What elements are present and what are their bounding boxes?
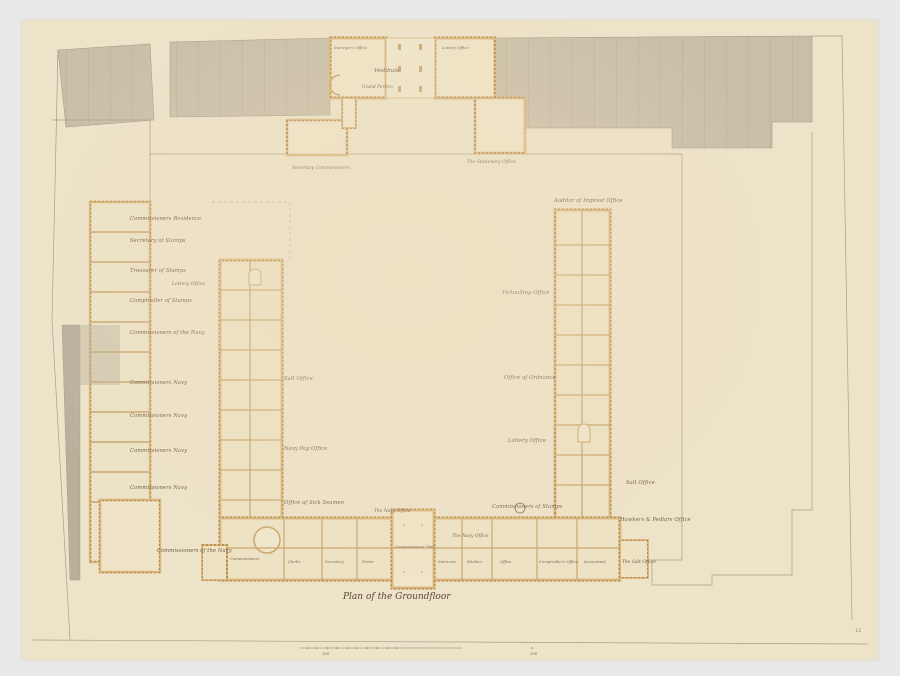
- south-room: Staircase: [438, 560, 456, 564]
- west-label: Commissioners Navy: [130, 485, 187, 491]
- label-secretary: Secretary Commissioners: [292, 166, 350, 171]
- west-label: Commissioners Navy: [130, 413, 187, 419]
- west-label: Commissioners Navy: [130, 380, 187, 386]
- room-label: Lottery Office: [442, 46, 469, 50]
- scale-tick: 100: [322, 652, 329, 656]
- scale-tick: 200: [530, 652, 537, 656]
- court-right-label: Salt Office: [626, 480, 655, 486]
- label-portico: Grand Portico: [362, 84, 393, 89]
- west-range: [70, 202, 160, 572]
- left-wing: [212, 202, 290, 518]
- south-room: Porter: [362, 560, 374, 564]
- west-label: Comptroller of Stamps: [130, 298, 192, 304]
- label-vestibule: Vestibule: [374, 68, 399, 74]
- court-right-label: Hawkers & Pedlars Office: [620, 517, 691, 523]
- court-left-label: Navy Pay Office: [284, 446, 327, 452]
- center-hall-label: Commissioners' Hall: [395, 545, 435, 549]
- court-left-label: Salt Office: [284, 376, 313, 382]
- label-stationery: The Stationery Office: [467, 160, 516, 165]
- scale-bar: [300, 647, 533, 649]
- court-right-label: Commissioners of Stamps: [492, 504, 563, 510]
- neighbour-buildings: [58, 36, 812, 580]
- court-right-label: Office of Ordnance: [504, 375, 556, 381]
- south-room: Commissioners: [230, 557, 259, 561]
- west-label: Commissioners Navy: [130, 448, 187, 454]
- south-room: Secretary: [325, 560, 344, 564]
- west-label: Commissioners Residence: [130, 216, 201, 222]
- south-room: Kitchen: [467, 560, 482, 564]
- west-label: Commissioners of the Navy: [130, 330, 205, 336]
- west-inner-label: Lottery Office: [172, 282, 205, 287]
- drawing-sheet: Vestibule Grand Portico Surveyor's Offic…: [22, 20, 878, 660]
- court-right-label: Victualling Office: [502, 290, 550, 296]
- south-room: Comptroller's Office: [539, 560, 578, 564]
- court-right-label: Lottery Office: [508, 438, 546, 444]
- bottom-label: The Salt Office: [622, 560, 656, 565]
- room-label: Surveyor's Office: [334, 46, 367, 50]
- court-left-label: Office of Sick Seamen: [284, 500, 344, 506]
- south-room: Clerks: [288, 560, 300, 564]
- court-right-label: Auditor of Imprest Office: [554, 198, 623, 204]
- west-label: Secretary of Stamps: [130, 238, 186, 244]
- south-room: Office: [500, 560, 511, 564]
- right-wing: [555, 210, 610, 520]
- south-room: Accountant: [584, 560, 606, 564]
- sheet-number: 12: [855, 628, 861, 634]
- bottom-label: The Navy Office: [452, 534, 489, 539]
- bottom-label: The Navy Office: [374, 509, 411, 514]
- plan-title: Plan of the Groundfloor: [343, 592, 451, 602]
- west-label: Commissioners of the Navy: [157, 548, 232, 554]
- west-label: Treasurer of Stamps: [130, 268, 186, 274]
